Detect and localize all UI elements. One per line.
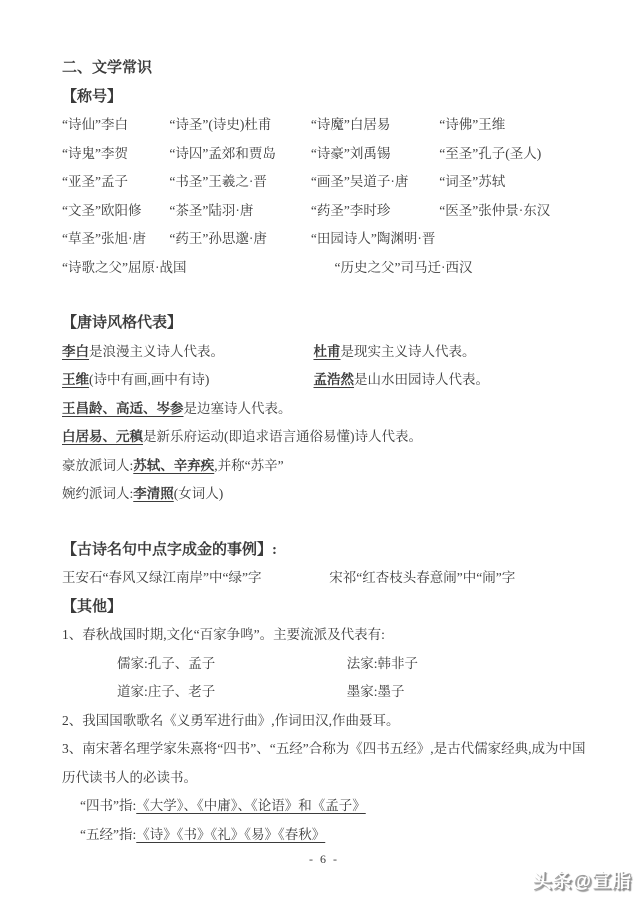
title-holder-cell: “历史之父”司马迁·西汉 [334,254,586,283]
poet-desc: ,并称“苏辛” [214,458,283,473]
school-entry: 儒家:孔子、孟子 [117,650,347,679]
title-holder-cell: “医圣”张仲景·东汉 [439,197,586,226]
title-holder-cell: “词圣”苏轼 [439,168,586,197]
dianzi-examples: 王安石“春风又绿江南岸”中“绿”字 宋祁“红杏枝头春意闹”中“闹”字 [62,564,586,593]
poet-desc: 是浪漫主义诗人代表。 [89,344,224,359]
line-prefix: 婉约派词人: [62,486,133,501]
poet-desc: (女词人) [174,486,224,501]
poet-name: 杜甫 [314,344,341,359]
sishu-prefix: “四书”指: [80,798,136,813]
title-holder-cell: “田园诗人”陶渊明·晋 [311,225,586,254]
tangshi-full-line: 婉约派词人:李清照(女词人) [62,480,586,509]
chenghao-row: “诗仙”李白 “诗圣”(诗史)杜甫 “诗魔”白居易 “诗佛”王维 [62,111,586,140]
title-holder-cell: “诗豪”刘禹锡 [311,140,439,169]
poet-entry: 李白是浪漫主义诗人代表。 [62,338,314,367]
school-entry: 道家:庄子、老子 [117,678,347,707]
qita-item-3: 3、南宋著名理学家朱熹将“四书”、“五经”合称为《四书五经》,是古代儒家经典,成… [62,735,586,792]
section-gap [62,282,586,309]
poet-name: 李白 [62,344,89,359]
chenghao-row: “文圣”欧阳修 “茶圣”陆羽·唐 “药圣”李时珍 “医圣”张仲景·东汉 [62,197,586,226]
poet-name: 苏轼、辛弃疾 [133,458,214,473]
school-row: 儒家:孔子、孟子 法家:韩非子 [62,650,586,679]
title-holder-cell: “书圣”王羲之·晋 [169,168,310,197]
school-row: 道家:庄子、老子 墨家:墨子 [62,678,586,707]
poet-name: 李清照 [133,486,174,501]
poet-name: 白居易、元稹 [62,429,143,444]
poet-entry: 王维(诗中有画,画中有诗) [62,366,314,395]
tangshi-full-line: 王昌龄、高适、岑参是边塞诗人代表。 [62,395,586,424]
page-number: - 6 - [62,849,586,869]
title-holder-cell: “诗仙”李白 [62,111,169,140]
tangshi-heading: 【唐诗风格代表】 [62,309,586,338]
section-gap [62,509,586,536]
qita-item-2: 2、我国国歌歌名《义勇军进行曲》,作词田汉,作曲聂耳。 [62,707,586,736]
title-holder-cell: “亚圣”孟子 [62,168,169,197]
poet-desc: 是新乐府运动(即追求语言通俗易懂)诗人代表。 [143,429,422,444]
title-holder-cell: “文圣”欧阳修 [62,197,169,226]
qita-heading: 【其他】 [62,593,586,622]
chenghao-heading: 【称号】 [62,83,586,112]
tangshi-pair-line: 李白是浪漫主义诗人代表。 杜甫是现实主义诗人代表。 [62,338,586,367]
section-title: 二、文学常识 [62,54,586,83]
tangshi-full-line: 豪放派词人:苏轼、辛弃疾,并称“苏辛” [62,452,586,481]
document-content: 二、文学常识 【称号】 “诗仙”李白 “诗圣”(诗史)杜甫 “诗魔”白居易 “诗… [62,54,586,869]
tangshi-full-line: 白居易、元稹是新乐府运动(即追求语言通俗易懂)诗人代表。 [62,423,586,452]
poet-name: 王昌龄、高适、岑参 [62,401,184,416]
dianzi-heading: 【古诗名句中点字成金的事例】: [62,536,586,565]
title-holder-cell: “诗囚”孟郊和贾岛 [169,140,310,169]
chenghao-row: “亚圣”孟子 “书圣”王羲之·晋 “画圣”吴道子·唐 “词圣”苏轼 [62,168,586,197]
dianzi-example: 宋祁“红杏枝头春意闹”中“闹”字 [329,564,586,593]
sishu-books: 《大学》、《中庸》、《论语》和《孟子》 [136,798,374,813]
title-holder-cell: “诗歌之父”屈原·战国 [62,254,334,283]
poet-name: 王维 [62,372,89,387]
toutiao-watermark: 头条@宣脂 [532,866,632,893]
poet-desc: 是现实主义诗人代表。 [341,344,476,359]
chenghao-row: “诗鬼”李贺 “诗囚”孟郊和贾岛 “诗豪”刘禹锡 “至圣”孔子(圣人) [62,140,586,169]
poet-entry: 孟浩然是山水田园诗人代表。 [314,366,586,395]
title-holder-cell: “至圣”孔子(圣人) [439,140,586,169]
document-page: 二、文学常识 【称号】 “诗仙”李白 “诗圣”(诗史)杜甫 “诗魔”白居易 “诗… [0,0,640,905]
title-holder-cell: “诗鬼”李贺 [62,140,169,169]
title-holder-cell: “诗魔”白居易 [311,111,439,140]
wujing-line: “五经”指:《诗》《书》《礼》《易》《春秋》 [62,821,586,850]
wujing-prefix: “五经”指: [80,827,136,842]
poet-desc: 是山水田园诗人代表。 [354,372,489,387]
poet-entry: 杜甫是现实主义诗人代表。 [314,338,586,367]
poet-name: 孟浩然 [314,372,355,387]
title-holder-cell: “诗圣”(诗史)杜甫 [169,111,310,140]
chenghao-row: “诗歌之父”屈原·战国 “历史之父”司马迁·西汉 [62,254,586,283]
title-holder-cell: “画圣”吴道子·唐 [311,168,439,197]
dianzi-example: 王安石“春风又绿江南岸”中“绿”字 [62,564,329,593]
title-holder-cell: “草圣”张旭·唐 [62,225,169,254]
title-holder-cell: “药圣”李时珍 [311,197,439,226]
title-holder-cell: “药王”孙思邈·唐 [169,225,310,254]
poet-desc: (诗中有画,画中有诗) [89,372,209,387]
title-holder-cell: “茶圣”陆羽·唐 [169,197,310,226]
school-entry: 墨家:墨子 [347,678,586,707]
tangshi-pair-line: 王维(诗中有画,画中有诗) 孟浩然是山水田园诗人代表。 [62,366,586,395]
poet-desc: 是边塞诗人代表。 [184,401,292,416]
sishu-line: “四书”指:《大学》、《中庸》、《论语》和《孟子》 [62,792,586,821]
school-entry: 法家:韩非子 [347,650,586,679]
chenghao-row: “草圣”张旭·唐 “药王”孙思邈·唐 “田园诗人”陶渊明·晋 [62,225,586,254]
wujing-books: 《诗》《书》《礼》《易》《春秋》 [136,827,333,842]
qita-item-1: 1、春秋战国时期,文化“百家争鸣”。主要流派及代表有: [62,621,586,650]
title-holder-cell: “诗佛”王维 [439,111,586,140]
line-prefix: 豪放派词人: [62,458,133,473]
